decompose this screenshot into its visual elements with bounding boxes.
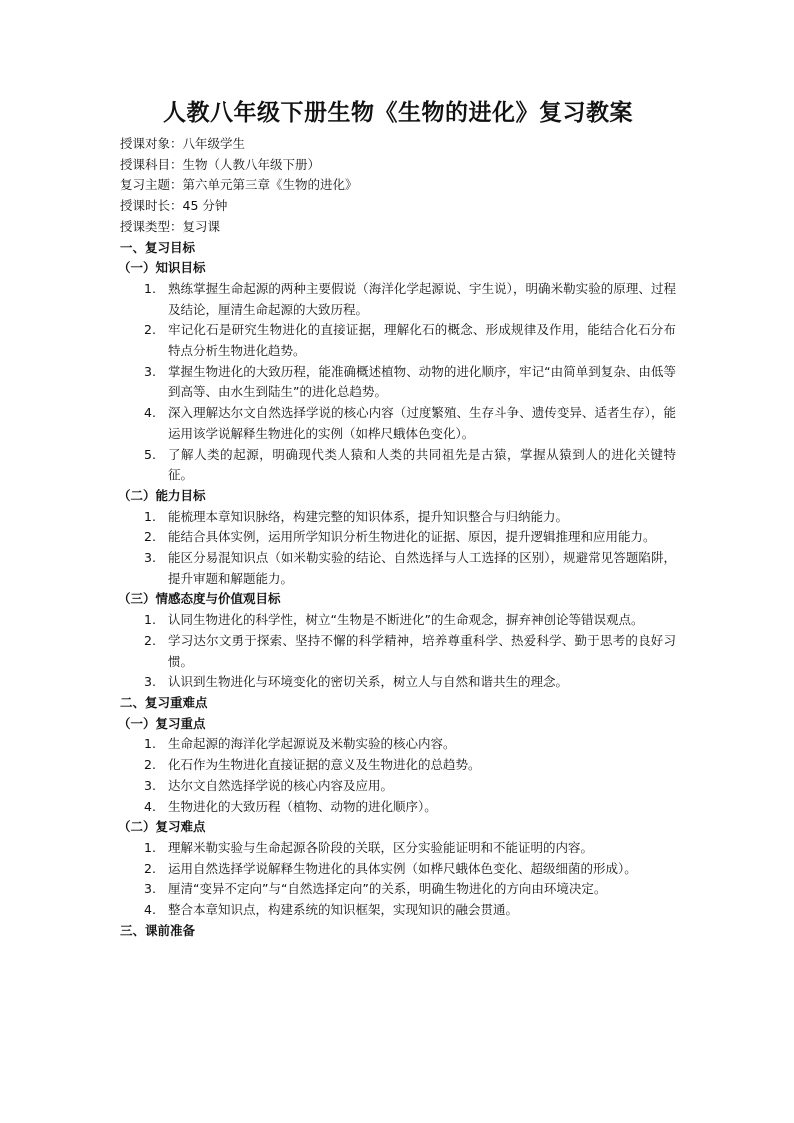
list-item: 3.达尔文自然选择学说的核心内容及应用。 [120, 776, 676, 797]
item-text: 理解米勒实验与生命起源各阶段的关联，区分实验能证明和不能证明的内容。 [168, 840, 593, 855]
list-item: 1.生命起源的海洋化学起源说及米勒实验的核心内容。 [120, 734, 676, 755]
item-number: 1. [144, 610, 156, 631]
item-number: 2. [144, 631, 156, 652]
subsection-heading: （二）能力目标 [120, 486, 676, 507]
list-item: 1.能梳理本章知识脉络，构建完整的知识体系，提升知识整合与归纳能力。 [120, 507, 676, 528]
item-text: 认识到生物进化与环境变化的密切关系，树立人与自然和谐共生的理念。 [168, 674, 568, 689]
meta-value: 第六单元第三章《生物的进化》 [183, 177, 358, 192]
meta-label: 授课对象： [120, 136, 183, 151]
item-number: 1. [144, 838, 156, 859]
item-text: 认同生物进化的科学性，树立“生物是不断进化”的生命观念，摒弃神创论等错误观点。 [168, 612, 643, 627]
item-number: 2. [144, 859, 156, 880]
list-item: 2.化石作为生物进化直接证据的意义及生物进化的总趋势。 [120, 755, 676, 776]
list-item: 2.能结合具体实例，运用所学知识分析生物进化的证据、原因，提升逻辑推理和应用能力… [120, 527, 676, 548]
subsection-heading: （二）复习难点 [120, 817, 676, 838]
list-item: 3.能区分易混知识点（如米勒实验的结论、自然选择与人工选择的区别），规避常见答题… [120, 548, 676, 589]
item-number: 1. [144, 734, 156, 755]
item-number: 3. [144, 362, 156, 383]
meta-audience: 授课对象：八年级学生 [120, 134, 676, 155]
list-item: 2.运用自然选择学说解释生物进化的具体实例（如桦尺蛾体色变化、超级细菌的形成）。 [120, 859, 676, 880]
item-number: 2. [144, 527, 156, 548]
item-number: 3. [144, 548, 156, 569]
meta-value: 八年级学生 [183, 136, 246, 151]
meta-label: 授课类型： [120, 219, 183, 234]
item-number: 2. [144, 320, 156, 341]
meta-label: 授课时长： [120, 198, 183, 213]
item-text: 能区分易混知识点（如米勒实验的结论、自然选择与人工选择的区别），规避常见答题陷阱… [168, 550, 676, 586]
item-number: 4. [144, 403, 156, 424]
list-item: 3.厘清“变异不定向”与“自然选择定向”的关系，明确生物进化的方向由环境决定。 [120, 879, 676, 900]
section-heading: 二、复习重难点 [120, 693, 676, 714]
meta-label: 复习主题： [120, 177, 183, 192]
meta-value: 复习课 [183, 219, 221, 234]
item-number: 1. [144, 507, 156, 528]
item-text: 深入理解达尔文自然选择学说的核心内容（过度繁殖、生存斗争、遗传变异、适者生存），… [168, 405, 676, 441]
item-text: 能梳理本章知识脉络，构建完整的知识体系，提升知识整合与归纳能力。 [168, 509, 568, 524]
list-item: 4.整合本章知识点，构建系统的知识框架，实现知识的融会贯通。 [120, 900, 676, 921]
meta-topic: 复习主题：第六单元第三章《生物的进化》 [120, 175, 676, 196]
item-text: 运用自然选择学说解释生物进化的具体实例（如桦尺蛾体色变化、超级细菌的形成）。 [168, 861, 637, 876]
section-heading: 一、复习目标 [120, 238, 676, 259]
item-number: 3. [144, 776, 156, 797]
list-item: 4.深入理解达尔文自然选择学说的核心内容（过度繁殖、生存斗争、遗传变异、适者生存… [120, 403, 676, 444]
list-item: 1.熟练掌握生命起源的两种主要假说（海洋化学起源说、宇生说），明确米勒实验的原理… [120, 279, 676, 320]
item-number: 4. [144, 900, 156, 921]
subsection-heading: （一）复习重点 [120, 714, 676, 735]
list-item: 2.牢记化石是研究生物进化的直接证据，理解化石的概念、形成规律及作用，能结合化石… [120, 320, 676, 361]
item-number: 3. [144, 672, 156, 693]
meta-value: 生物（人教八年级下册） [183, 157, 321, 172]
item-number: 3. [144, 879, 156, 900]
list-item: 1.理解米勒实验与生命起源各阶段的关联，区分实验能证明和不能证明的内容。 [120, 838, 676, 859]
item-text: 达尔文自然选择学说的核心内容及应用。 [168, 778, 393, 793]
subsection-heading: （三）情感态度与价值观目标 [120, 589, 676, 610]
list-item: 1.认同生物进化的科学性，树立“生物是不断进化”的生命观念，摒弃神创论等错误观点… [120, 610, 676, 631]
item-text: 学习达尔文勇于探索、坚持不懈的科学精神，培养尊重科学、热爱科学、勤于思考的良好习… [168, 633, 676, 669]
list-item: 3.掌握生物进化的大致历程，能准确概述植物、动物的进化顺序，牢记“由简单到复杂、… [120, 362, 676, 403]
subsection-heading: （一）知识目标 [120, 258, 676, 279]
item-text: 能结合具体实例，运用所学知识分析生物进化的证据、原因，提升逻辑推理和应用能力。 [168, 529, 656, 544]
meta-duration: 授课时长：45 分钟 [120, 196, 676, 217]
item-number: 1. [144, 279, 156, 300]
item-text: 熟练掌握生命起源的两种主要假说（海洋化学起源说、宇生说），明确米勒实验的原理、过… [168, 281, 676, 317]
item-text: 了解人类的起源，明确现代类人猿和人类的共同祖先是古猿，掌握从猿到人的进化关键特征… [168, 447, 676, 483]
list-item: 5.了解人类的起源，明确现代类人猿和人类的共同祖先是古猿，掌握从猿到人的进化关键… [120, 445, 676, 486]
meta-value: 45 分钟 [183, 198, 228, 213]
meta-type: 授课类型：复习课 [120, 217, 676, 238]
item-text: 厘清“变异不定向”与“自然选择定向”的关系，明确生物进化的方向由环境决定。 [168, 881, 606, 896]
item-text: 生物进化的大致历程（植物、动物的进化顺序）。 [168, 799, 437, 814]
item-text: 生命起源的海洋化学起源说及米勒实验的核心内容。 [168, 736, 456, 751]
item-number: 4. [144, 797, 156, 818]
item-text: 整合本章知识点，构建系统的知识框架，实现知识的融会贯通。 [168, 902, 518, 917]
meta-subject: 授课科目：生物（人教八年级下册） [120, 155, 676, 176]
meta-block: 授课对象：八年级学生 授课科目：生物（人教八年级下册） 复习主题：第六单元第三章… [120, 134, 676, 238]
item-text: 牢记化石是研究生物进化的直接证据，理解化石的概念、形成规律及作用，能结合化石分布… [168, 322, 676, 358]
list-item: 2.学习达尔文勇于探索、坚持不懈的科学精神，培养尊重科学、热爱科学、勤于思考的良… [120, 631, 676, 672]
list-item: 3.认识到生物进化与环境变化的密切关系，树立人与自然和谐共生的理念。 [120, 672, 676, 693]
item-number: 5. [144, 445, 156, 466]
document-page: 人教八年级下册生物《生物的进化》复习教案 授课对象：八年级学生 授课科目：生物（… [120, 96, 676, 941]
item-text: 化石作为生物进化直接证据的意义及生物进化的总趋势。 [168, 757, 481, 772]
list-item: 4.生物进化的大致历程（植物、动物的进化顺序）。 [120, 797, 676, 818]
meta-label: 授课科目： [120, 157, 183, 172]
item-number: 2. [144, 755, 156, 776]
section-heading: 三、课前准备 [120, 921, 676, 942]
document-title: 人教八年级下册生物《生物的进化》复习教案 [120, 96, 676, 130]
item-text: 掌握生物进化的大致历程，能准确概述植物、动物的进化顺序，牢记“由简单到复杂、由低… [168, 364, 676, 400]
